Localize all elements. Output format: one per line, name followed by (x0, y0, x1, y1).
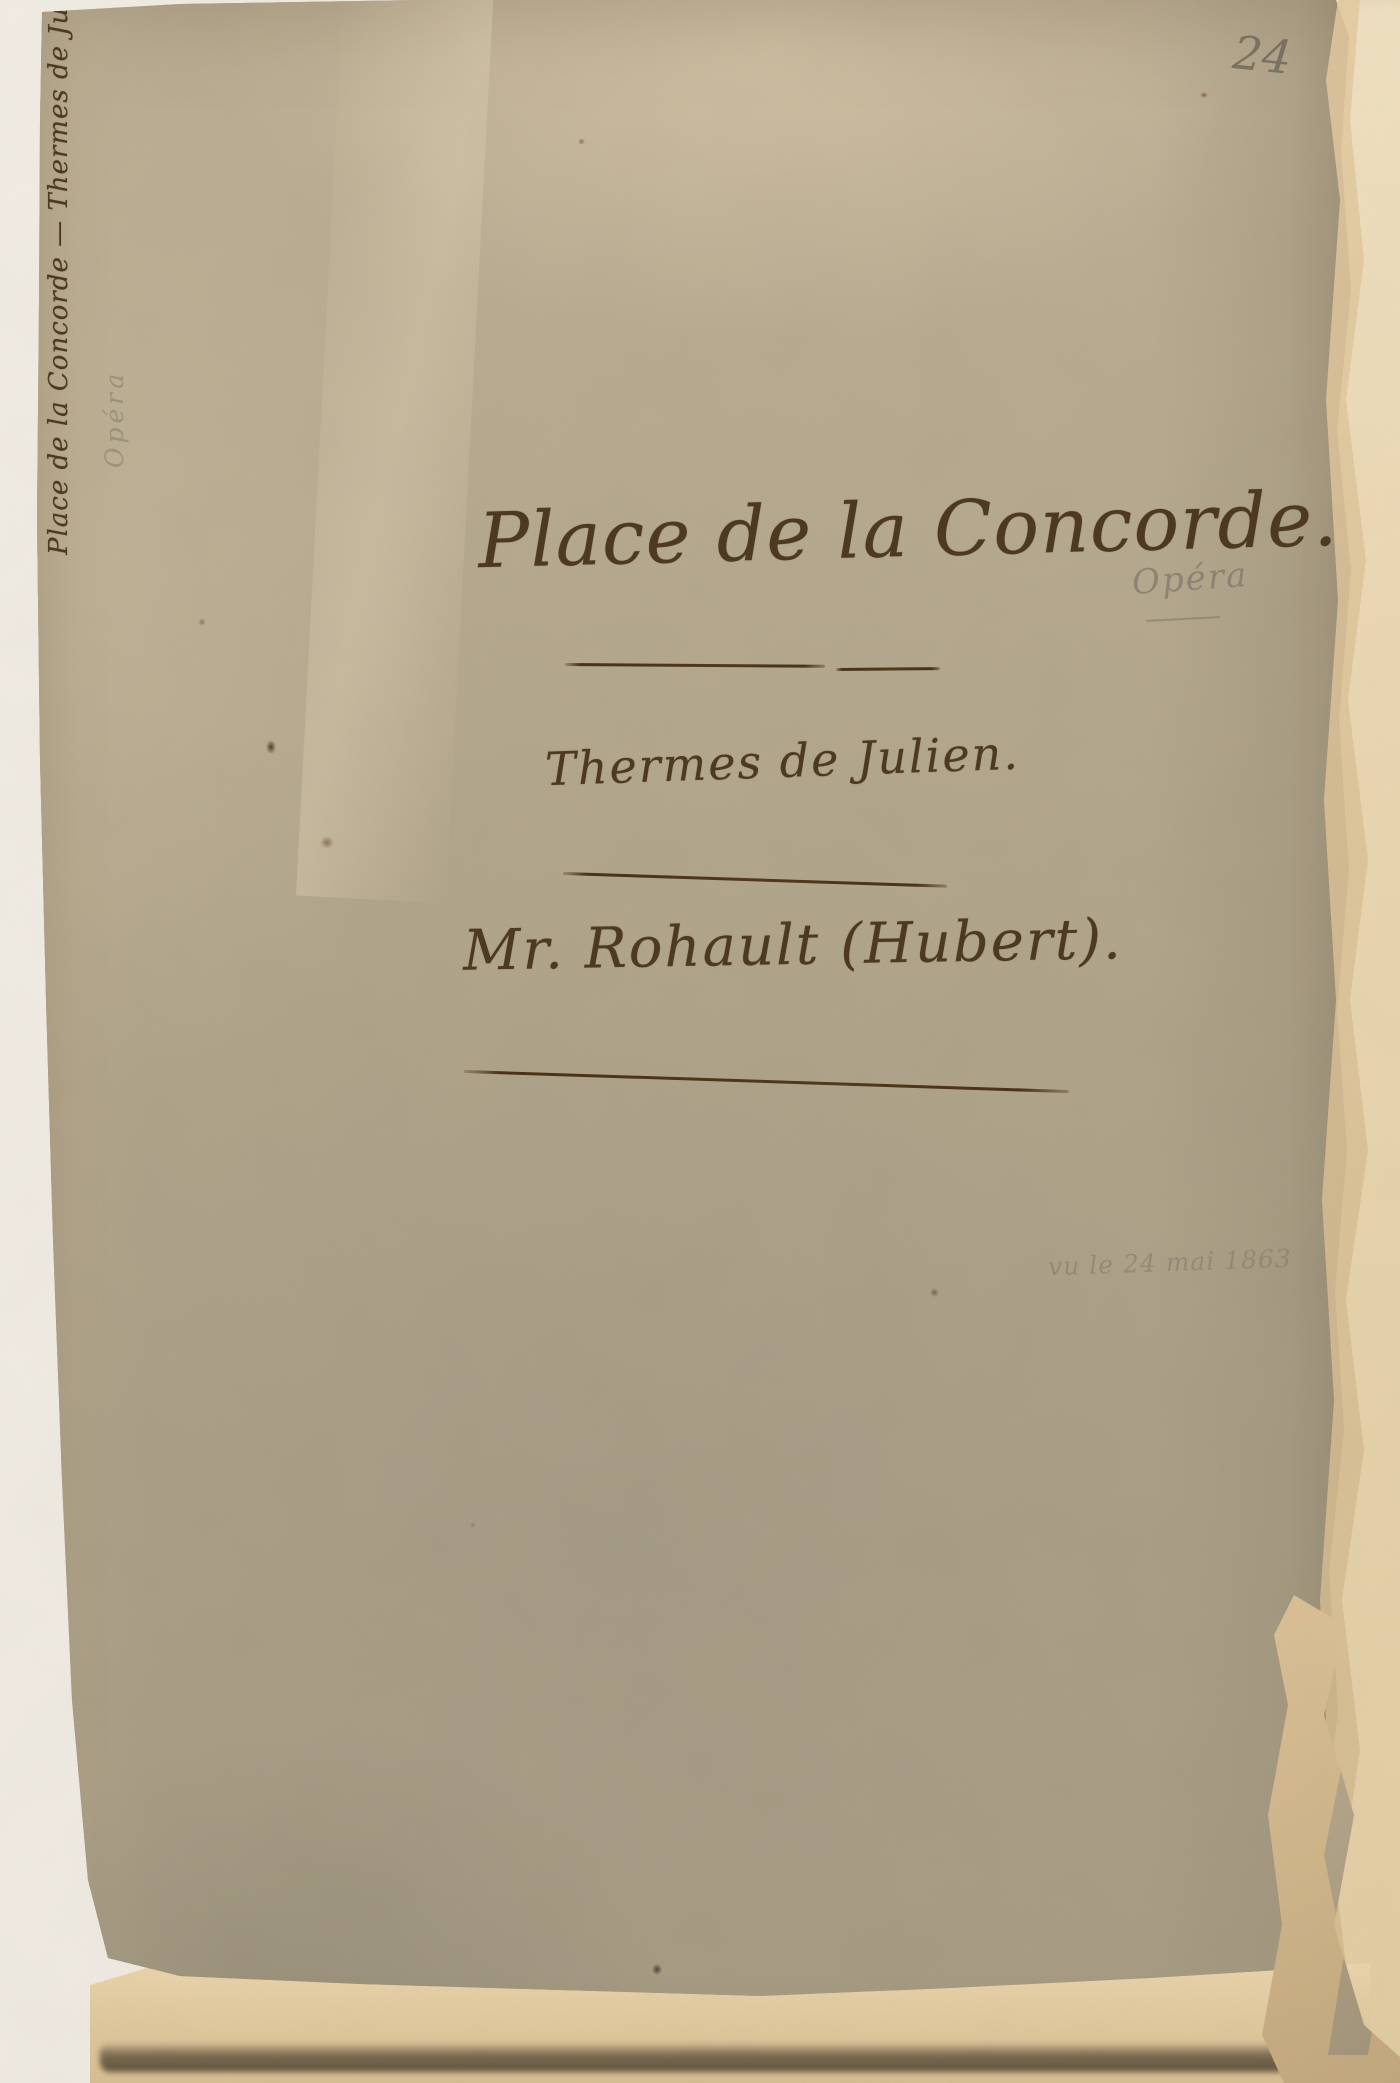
title-annotation: Opéra (1131, 558, 1249, 600)
cover-author: Mr. Rohault (Hubert). (463, 912, 1124, 980)
fox-spot (930, 1288, 939, 1297)
spine-title: Place de la Concorde — Thermes de Julien… (46, 0, 72, 555)
spine-annotation: Opéra (102, 370, 127, 468)
photograph: Place de la Concorde — Thermes de Julien… (0, 0, 1400, 2083)
fox-spot (652, 1964, 662, 1975)
fox-spot (266, 740, 276, 754)
fox-spot (470, 1522, 476, 1528)
fox-spot (320, 836, 334, 849)
fox-spot (1200, 92, 1208, 98)
page-number: 24 (1231, 29, 1294, 81)
gap-shadow (100, 2042, 1362, 2072)
manuscript-cover: Place de la Concorde — Thermes de Julien… (0, 0, 1400, 2083)
fox-spot (578, 138, 585, 145)
fox-spot (198, 618, 206, 626)
